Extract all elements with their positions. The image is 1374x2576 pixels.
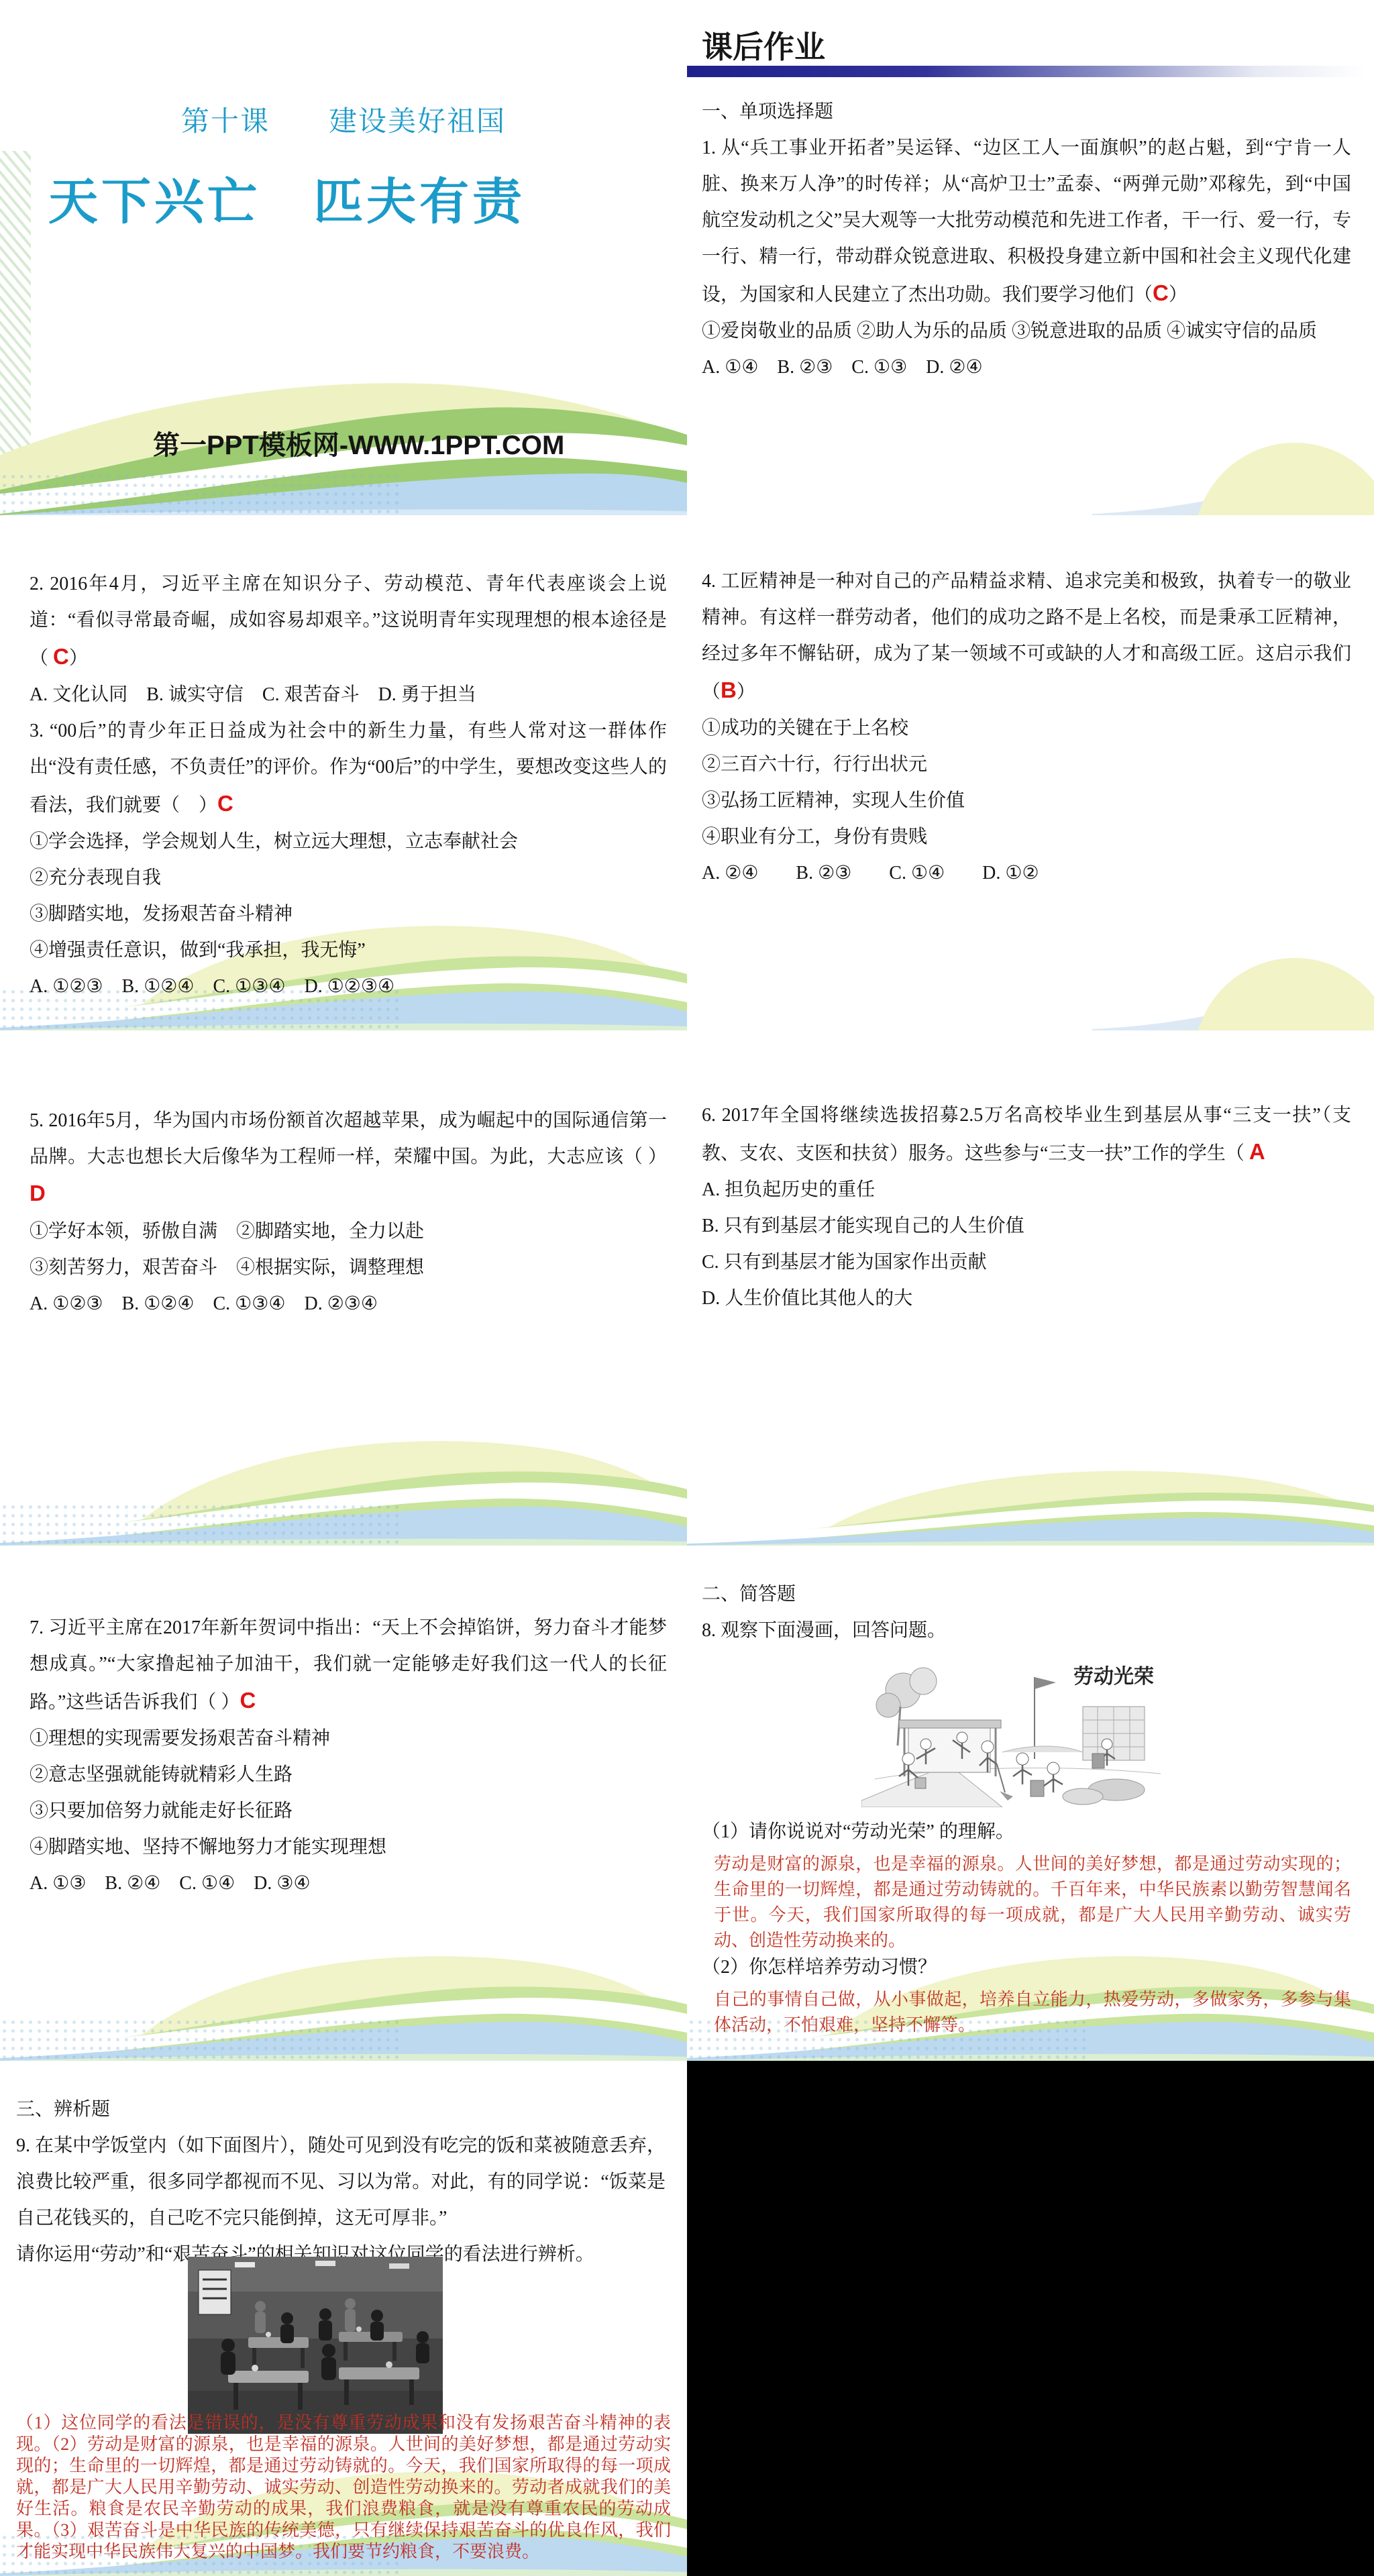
- question-2-close: ）: [69, 648, 88, 669]
- question-5-answer: D: [30, 1181, 46, 1205]
- slide-q9: 三、辨析题 9. 在某中学饭堂内（如下面图片），随处可见到没有吃完的饭和菜被随意…: [0, 2061, 687, 2576]
- slide-q5: 5. 2016年5月，华为国内市场份额首次超越苹果，成为崛起中的国际通信第一品牌…: [0, 1030, 687, 1546]
- question-1-options: A. ①④ B. ②③ C. ①③ D. ②④: [702, 350, 1351, 386]
- slide-q1: 课后作业 一、单项选择题 1. 从“兵工事业开拓者”吴运铎、“边区工人一面旗帜”…: [687, 0, 1374, 515]
- question-4: 4. 工匠精神是一种对自己的产品精益求精、追求完美和极致，执着专一的敬业精神。有…: [702, 563, 1351, 710]
- question-7-item: ①理想的实现需要发扬艰苦奋斗精神: [30, 1721, 667, 1757]
- question-3-item: ②充分表现自我: [30, 860, 667, 896]
- question-5-item: ①学好本领，骄傲自满 ②脚踏实地，全力以赴: [30, 1214, 667, 1250]
- question-6: 6. 2017年全国将继续选拔招募2.5万名高校毕业生到基层从事“三支一扶”（支…: [702, 1097, 1351, 1172]
- question-1-items: ①爱岗敬业的品质 ②助人为乐的品质 ③锐意进取的品质 ④诚实守信的品质: [702, 313, 1351, 350]
- section-heading: 二、简答题: [702, 1576, 1351, 1613]
- question-6-option: D. 人生价值比其他人的大: [702, 1281, 1351, 1317]
- question-6-answer: A: [1249, 1139, 1265, 1164]
- halftone-dots: [0, 1503, 399, 1546]
- watermark-text: 第一PPT模板网-WWW.1PPT.COM: [153, 424, 564, 462]
- labor-comic-illustration: 劳动光荣: [861, 1658, 1161, 1807]
- question-4-options: A. ②④ B. ②③ C. ①④ D. ①②: [702, 855, 1351, 892]
- question-1: 1. 从“兵工事业开拓者”吴运铎、“边区工人一面旗帜”的赵占魁，到“宁肯一人脏、…: [702, 130, 1351, 313]
- question-3-item: ①学会选择，学会规划人生，树立远大理想，立志奉献社会: [30, 824, 667, 860]
- question-7-item: ②意志坚强就能铸就精彩人生路: [30, 1757, 667, 1793]
- question-9-text: 9. 在某中学饭堂内（如下面图片），随处可见到没有吃完的饭和菜被随意丢弃，浪费比…: [16, 2128, 666, 2237]
- question-1-answer: C: [1153, 280, 1169, 305]
- page-title: 课后作业: [702, 23, 825, 67]
- cover-kicker: 第十课 建设美好祖国: [0, 99, 687, 140]
- question-5-options: A. ①②③ B. ①②④ C. ①③④ D. ②③④: [30, 1286, 667, 1322]
- question-7-answer: C: [240, 1688, 256, 1713]
- title-underline-bar: [687, 66, 1366, 77]
- cafeteria-photo-drawing: [188, 2257, 443, 2434]
- slide-q2-q3: 2. 2016年4月，习近平主席在知识分子、劳动模范、青年代表座谈会上说道：“看…: [0, 515, 687, 1030]
- question-5-item: ③刻苦努力，艰苦奋斗 ④根据实际，调整理想: [30, 1250, 667, 1286]
- question-2-answer: C: [53, 644, 69, 669]
- question-7-item: ③只要加倍努力就能走好长征路: [30, 1793, 667, 1829]
- question-5: 5. 2016年5月，华为国内市场份额首次超越苹果，成为崛起中的国际通信第一品牌…: [30, 1103, 667, 1214]
- sub-question-2: （2）你怎样培养劳动习惯？: [702, 1952, 1351, 1983]
- question-3-text: 3. “00后”的青少年正日益成为社会中的新生力量，有些人常对这一群体作出“没有…: [30, 720, 667, 816]
- question-3-options: A. ①②③ B. ①②④ C. ①③④ D. ①②③④: [30, 969, 667, 1005]
- question-3-item: ④增强责任意识，做到“我承担，我无悔”: [30, 932, 667, 969]
- question-3-answer: C: [217, 791, 233, 816]
- question-5-text: 5. 2016年5月，华为国内市场份额首次超越苹果，成为崛起中的国际通信第一品牌…: [30, 1110, 667, 1167]
- slides-grid: 第十课 建设美好祖国 天下兴亡 匹夫有责 第一PPT模板网-WWW.1PPT.C…: [0, 0, 1374, 2576]
- question-4-close: ）: [737, 682, 755, 702]
- section-heading: 一、单项选择题: [702, 94, 1351, 130]
- slide-q8: 二、简答题 8. 观察下面漫画，回答问题。 劳动光荣: [687, 1546, 1374, 2061]
- slide-cover: 第十课 建设美好祖国 天下兴亡 匹夫有责 第一PPT模板网-WWW.1PPT.C…: [0, 0, 687, 515]
- question-2-options: A. 文化认同 B. 诚实守信 C. 艰苦奋斗 D. 勇于担当: [30, 677, 667, 713]
- question-4-answer: B: [721, 678, 737, 702]
- answer-2-text: 自己的事情自己做，从小事做起，培养自立能力，热爱劳动，多做家务，多参与集体活动，…: [714, 1987, 1351, 2038]
- sub-question-1: （1）请你说说对“劳动光荣” 的理解。: [702, 1817, 1351, 1847]
- section-heading: 三、辨析题: [16, 2092, 666, 2128]
- question-7-options: A. ①③ B. ②④ C. ①④ D. ③④: [30, 1866, 667, 1902]
- question-8-intro: 8. 观察下面漫画，回答问题。: [702, 1613, 1351, 1649]
- halftone-dots: [0, 472, 399, 515]
- question-7-item: ④脚踏实地、坚持不懈地努力才能实现理想: [30, 1829, 667, 1866]
- question-2: 2. 2016年4月，习近平主席在知识分子、劳动模范、青年代表座谈会上说道：“看…: [30, 566, 667, 677]
- slide-empty-black: [687, 2061, 1374, 2576]
- cafeteria-photo: [188, 2257, 443, 2434]
- question-1-text: 1. 从“兵工事业开拓者”吴运铎、“边区工人一面旗帜”的赵占魁，到“宁肯一人脏、…: [702, 138, 1351, 305]
- question-3-item: ③脚踏实地，发扬艰苦奋斗精神: [30, 896, 667, 932]
- question-9-answer: （1）这位同学的看法是错误的，是没有尊重劳动成果和没有发扬艰苦奋斗精神的表现。（…: [16, 2412, 671, 2563]
- question-7: 7. 习近平主席在2017年新年贺词中指出：“天上不会掉馅饼，努力奋斗才能梦想成…: [30, 1610, 667, 1721]
- question-4-text: 4. 工匠精神是一种对自己的产品精益求精、追求完美和极致，执着专一的敬业精神。有…: [702, 571, 1351, 702]
- corner-wave-decoration: [1092, 401, 1374, 515]
- question-6-option: B. 只有到基层才能实现自己的人生价值: [702, 1208, 1351, 1244]
- slide-q4: 4. 工匠精神是一种对自己的产品精益求精、追求完美和极致，执着专一的敬业精神。有…: [687, 515, 1374, 1030]
- question-4-item: ③弘扬工匠精神，实现人生价值: [702, 783, 1351, 819]
- question-4-item: ④职业有分工，身份有贵贱: [702, 819, 1351, 855]
- question-2-text: 2. 2016年4月，习近平主席在知识分子、劳动模范、青年代表座谈会上说道：“看…: [30, 574, 667, 669]
- comic-caption: 劳动光荣: [1073, 1660, 1154, 1689]
- question-6-option: A. 担负起历史的重任: [702, 1172, 1351, 1208]
- answer-1-text: 劳动是财富的源泉，也是幸福的源泉。人世间的美好梦想，都是通过劳动实现的；生命里的…: [714, 1851, 1351, 1953]
- question-4-item: ①成功的关键在于上名校: [702, 710, 1351, 747]
- question-3: 3. “00后”的青少年正日益成为社会中的新生力量，有些人常对这一群体作出“没有…: [30, 713, 667, 824]
- halftone-dots: [0, 2018, 399, 2061]
- question-6-option: C. 只有到基层才能为国家作出贡献: [702, 1244, 1351, 1281]
- slide-q7: 7. 习近平主席在2017年新年贺词中指出：“天上不会掉馅饼，努力奋斗才能梦想成…: [0, 1546, 687, 2061]
- slide-q6: 6. 2017年全国将继续选拔招募2.5万名高校毕业生到基层从事“三支一扶”（支…: [687, 1030, 1374, 1546]
- question-7-text: 7. 习近平主席在2017年新年贺词中指出：“天上不会掉馅饼，努力奋斗才能梦想成…: [30, 1617, 667, 1713]
- wave-decoration: [687, 1445, 1374, 1546]
- question-4-item: ②三百六十行，行行出状元: [702, 747, 1351, 783]
- cover-title: 天下兴亡 匹夫有责: [48, 162, 525, 233]
- corner-wave-decoration: [1092, 916, 1374, 1030]
- question-1-close: ）: [1169, 284, 1187, 305]
